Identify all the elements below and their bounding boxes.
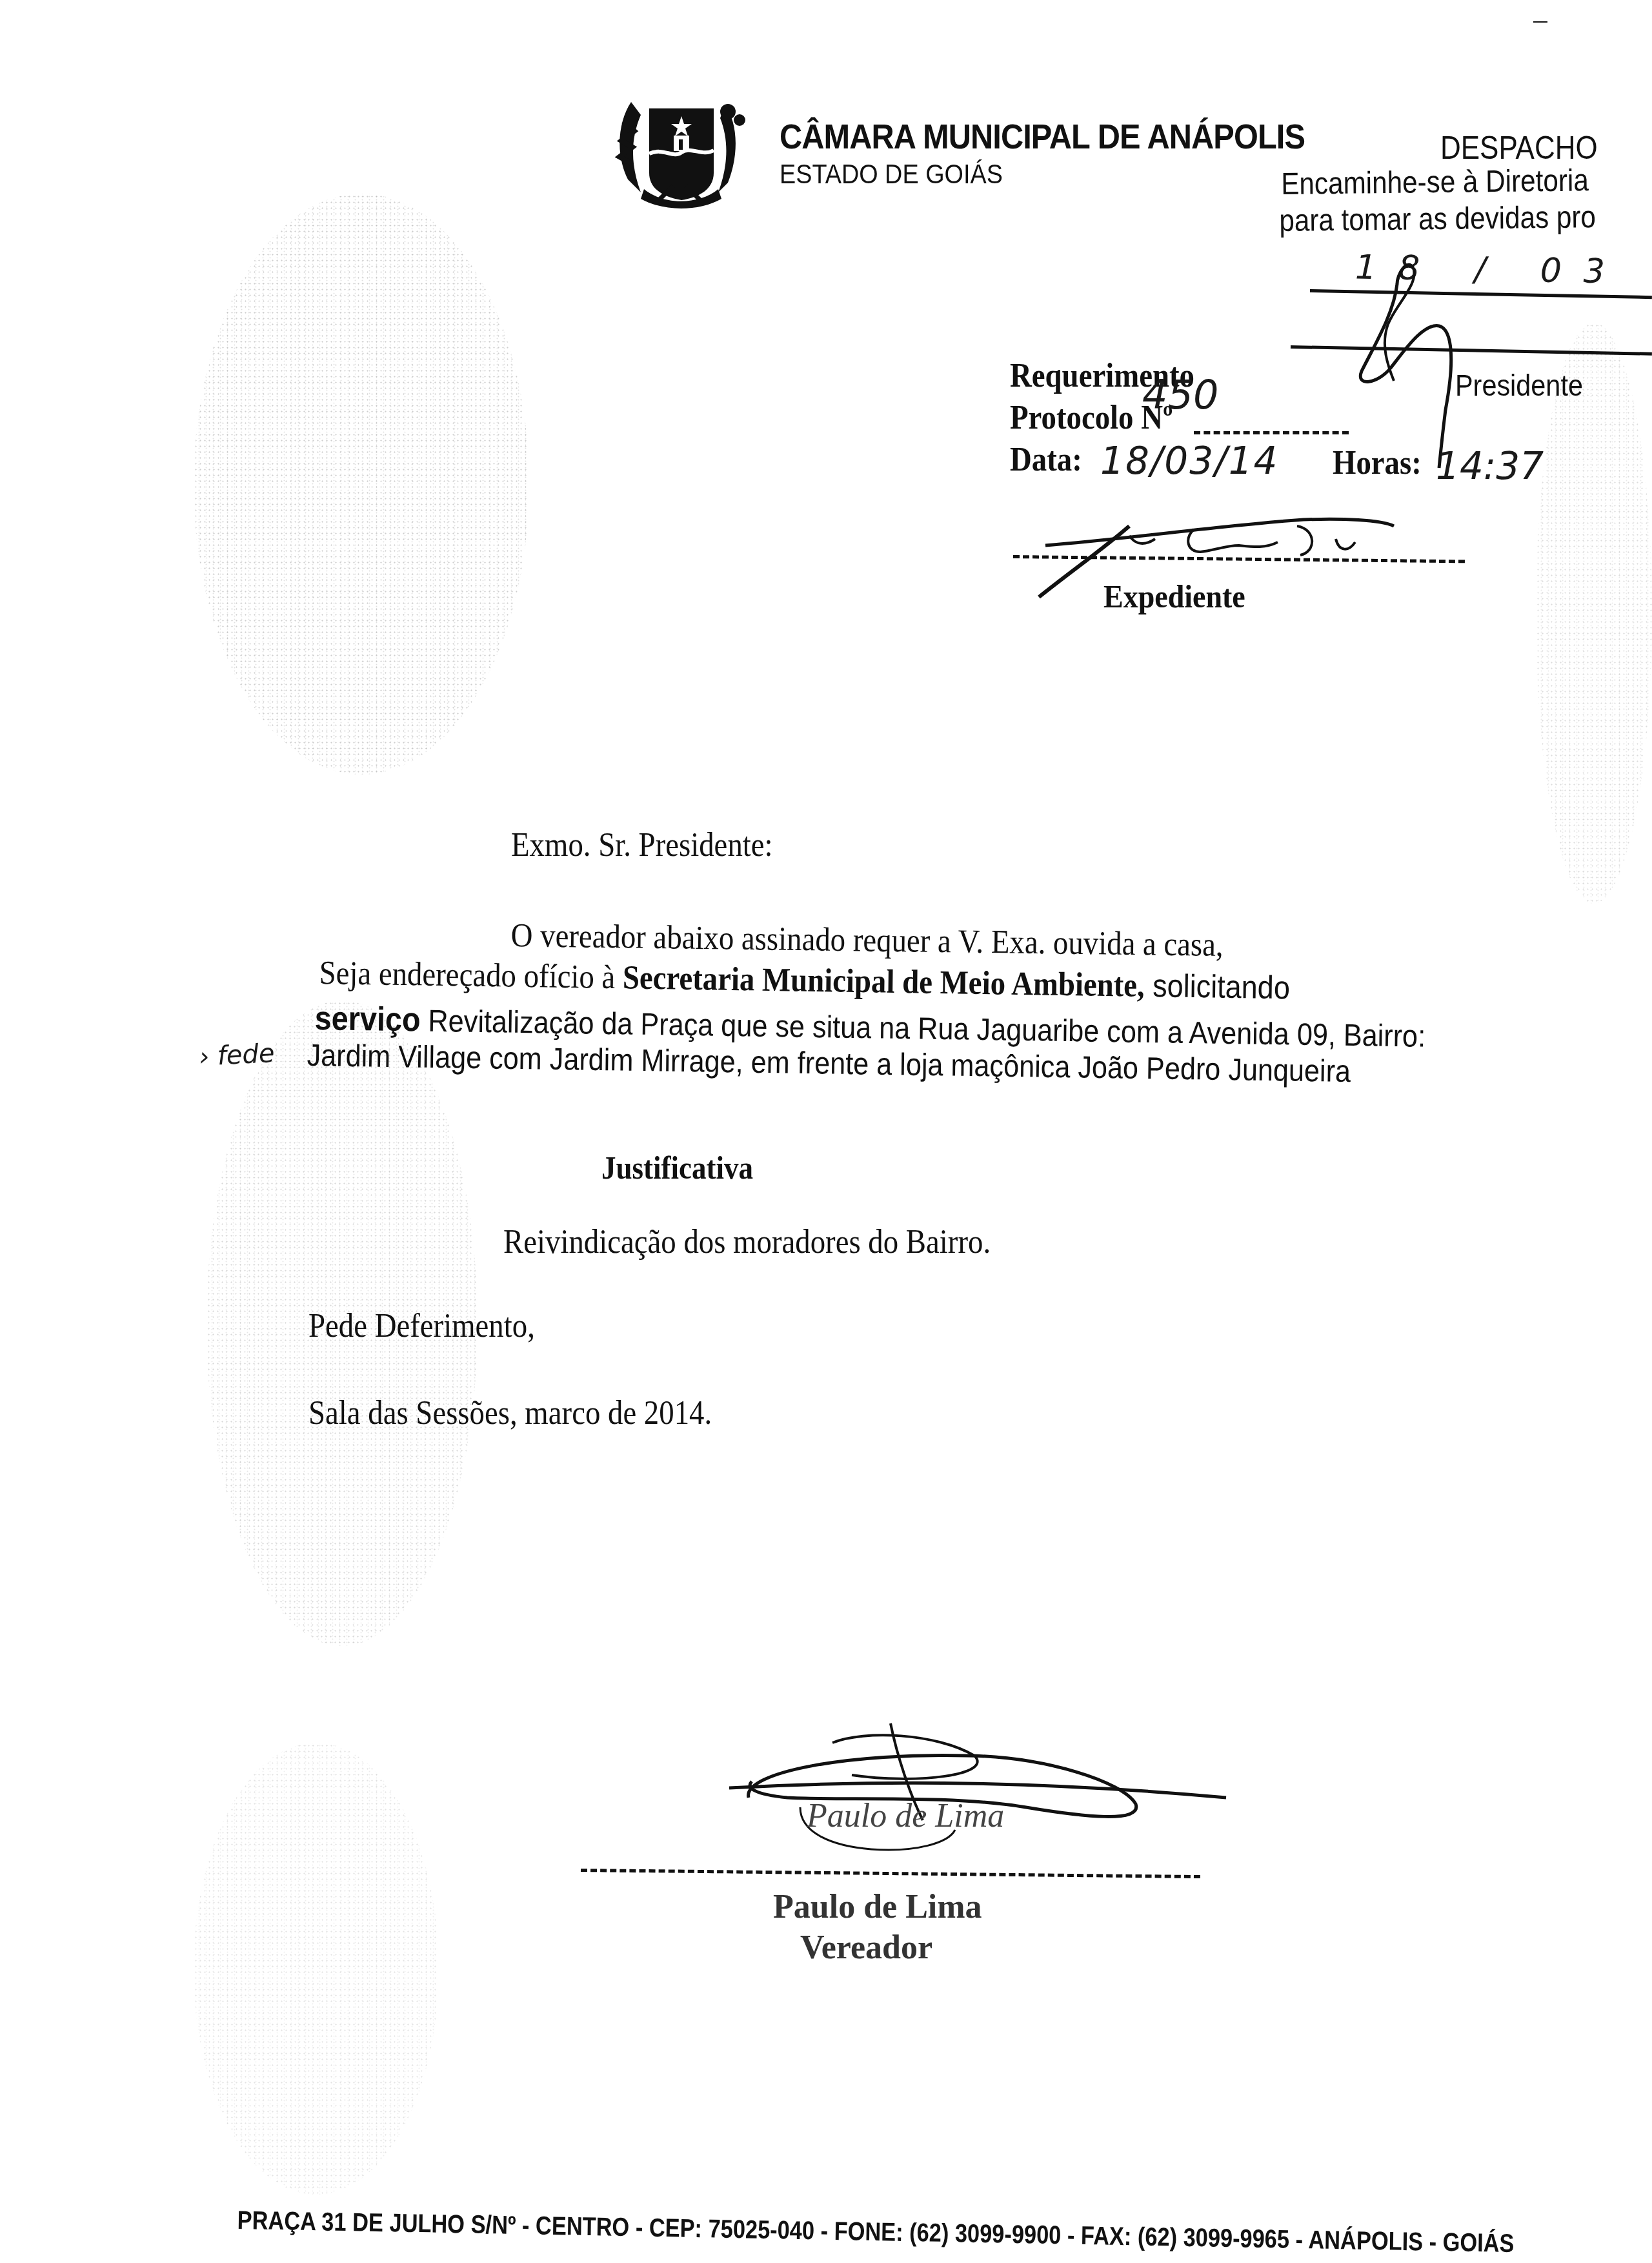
signature-stamp-text: Paulo de Lima bbox=[806, 1798, 1004, 1834]
margin-handwritten-note: › fede bbox=[198, 1039, 276, 1072]
data-value: 18/03/14 bbox=[1100, 439, 1279, 483]
place-and-date: Sala das Sessões, marco de 2014. bbox=[308, 1394, 712, 1432]
despacho-line-1: Encaminhe-se à Diretoria bbox=[1281, 163, 1589, 202]
protocolo-number-line bbox=[1194, 431, 1349, 434]
despacho-signer-title: Presidente bbox=[1455, 368, 1583, 403]
scan-noise bbox=[194, 1743, 439, 2195]
request-line-1-suffix: solicitando bbox=[1144, 968, 1290, 1006]
horas-value: 14:37 bbox=[1436, 444, 1544, 488]
expediente-signature-icon bbox=[1032, 500, 1471, 604]
councilor-signature-icon: Paulo de Lima bbox=[723, 1717, 1226, 1859]
data-label: Data: bbox=[1010, 441, 1082, 479]
intro-paragraph: O vereador abaixo assinado requer a V. E… bbox=[510, 917, 1224, 964]
despacho-title: DESPACHO bbox=[1440, 129, 1598, 167]
scan-noise bbox=[194, 194, 529, 775]
closing-request: Pede Deferimento, bbox=[308, 1307, 535, 1345]
scan-noise bbox=[1536, 323, 1652, 904]
president-signature-icon bbox=[1316, 255, 1484, 468]
signature-line bbox=[581, 1869, 1200, 1878]
despacho-line-2: para tomar as devidas pro bbox=[1279, 199, 1596, 239]
expediente-label: Expediente bbox=[1103, 578, 1245, 615]
request-line-1-prefix: Seja endereçado ofício à bbox=[319, 955, 623, 996]
horas-label: Horas: bbox=[1333, 444, 1422, 482]
justification-text: Reivindicação dos moradores do Bairro. bbox=[503, 1223, 991, 1261]
justification-title: Justificativa bbox=[601, 1149, 753, 1186]
salutation: Exmo. Sr. Presidente: bbox=[511, 826, 773, 864]
organization-name: CÂMARA MUNICIPAL DE ANÁPOLIS bbox=[780, 117, 1305, 157]
organization-state: ESTADO DE GOIÁS bbox=[780, 159, 1003, 190]
service-label: serviço bbox=[314, 1000, 421, 1039]
signer-role: Vereador bbox=[800, 1929, 932, 1967]
signer-name: Paulo de Lima bbox=[773, 1888, 982, 1926]
footer-address: PRAÇA 31 DE JULHO S/Nº - CENTRO - CEP: 7… bbox=[237, 2206, 1514, 2258]
protocolo-number: 450 bbox=[1142, 371, 1218, 418]
coat-of-arms-icon bbox=[612, 76, 750, 212]
scan-mark bbox=[1533, 21, 1547, 23]
secretaria-name: Secretaria Municipal de Meio Ambiente, bbox=[623, 959, 1145, 1004]
